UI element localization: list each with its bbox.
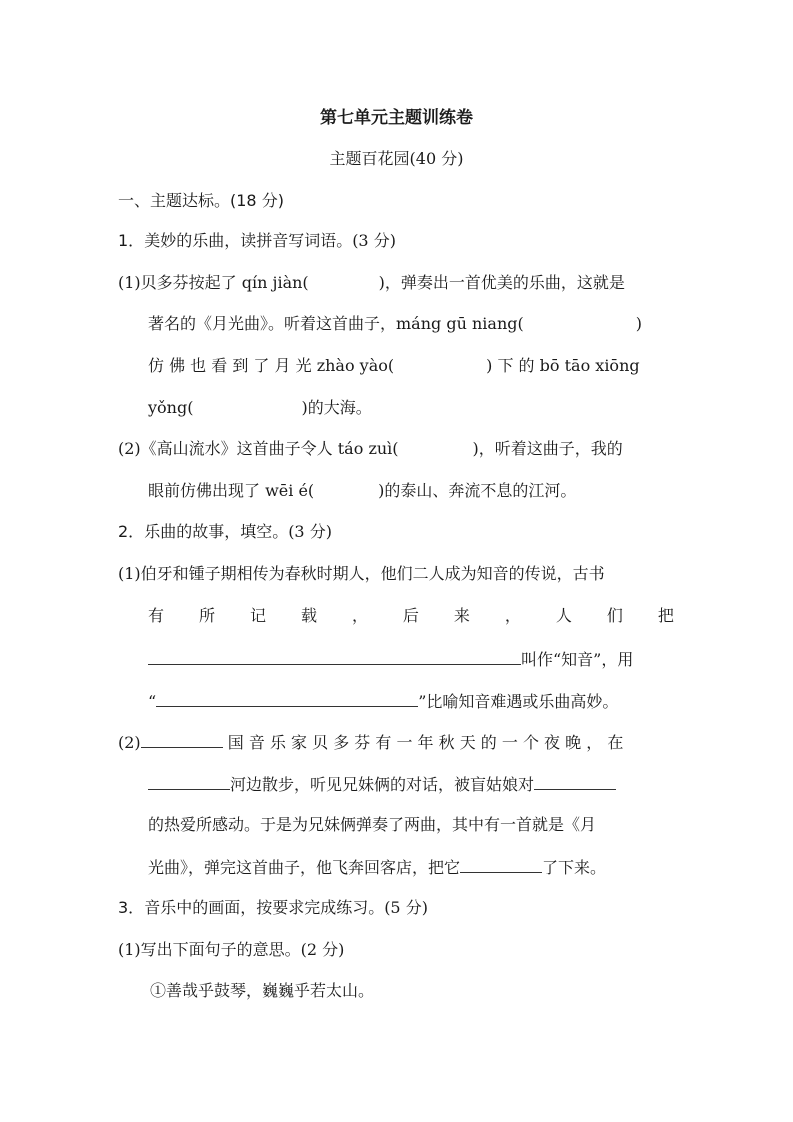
q2-p1-line2: 有 所 记 载 ， 后 来 ， 人 们 把: [148, 606, 674, 626]
answer-blank[interactable]: [460, 856, 542, 873]
q2-p2-line3: 的热爱所感动。于是为兄妹俩弹奏了两曲，其中有一首就是《月: [148, 815, 596, 835]
answer-blank[interactable]: [148, 773, 230, 790]
text: “: [148, 692, 156, 711]
text: 河边散步，听见兄妹俩的对话，被盲姑娘对: [230, 775, 534, 794]
question-3-prompt: 3．音乐中的画面，按要求完成练习。(5 分): [118, 898, 428, 918]
answer-blank[interactable]: [141, 731, 223, 748]
text: ”比喻知音难遇或乐曲高妙。: [418, 692, 618, 711]
question-text: 乐曲的故事，填空。(3 分): [144, 522, 332, 541]
q1-p2-line1: (2)《高山流水》这首曲子令人 táo zuì()，听着这曲子，我的: [118, 439, 623, 459]
word: 所: [199, 606, 215, 626]
word: 有: [148, 606, 164, 626]
word: 把: [658, 606, 674, 626]
word: 后: [403, 606, 419, 626]
text: 仿 佛 也 看 到 了 月 光 zhào yào(: [148, 356, 394, 375]
question-1-prompt: 1．美妙的乐曲，读拼音写词语。(3 分): [118, 231, 396, 251]
question-text: 美妙的乐曲，读拼音写词语。(3 分): [144, 231, 396, 250]
text: )的泰山、奔流不息的江河。: [378, 481, 576, 500]
page-title: 第七单元主题训练卷: [0, 108, 793, 128]
text: 了下来。: [542, 858, 606, 877]
text: (1)贝多芬按起了 qín jiàn(: [118, 273, 309, 292]
q2-p2-line4: 光曲》，弹完这首曲子，他飞奔回客店，把它了下来。: [148, 856, 606, 878]
answer-blank[interactable]: [148, 648, 521, 665]
answer-blank[interactable]: [156, 690, 418, 707]
answer-blank[interactable]: [534, 773, 616, 790]
word: 载: [301, 606, 317, 626]
text: 光曲》，弹完这首曲子，他飞奔回客店，把它: [148, 858, 460, 877]
q3-item1: ①善哉乎鼓琴，巍巍乎若太山。: [150, 981, 374, 1001]
q1-p1-line3: 仿 佛 也 看 到 了 月 光 zhào yào() 下 的 bō tāo xi…: [148, 356, 640, 376]
q3-p1: (1)写出下面句子的意思。(2 分): [118, 940, 344, 960]
question-number: 2．: [118, 522, 144, 541]
question-number: 1．: [118, 231, 144, 250]
q2-p1-line3: 叫作“知音”，用: [148, 648, 633, 670]
word: 来: [454, 606, 470, 626]
q1-p1-line1: (1)贝多芬按起了 qín jiàn()，弹奏出一首优美的乐曲，这就是: [118, 273, 625, 293]
text: ) 下 的 bō tāo xiōng: [486, 356, 639, 375]
text: 著名的《月光曲》。听着这首曲子，máng gū niang(: [148, 314, 524, 333]
q2-p1-line4: “”比喻知音难遇或乐曲高妙。: [148, 690, 618, 712]
question-text: 音乐中的画面，按要求完成练习。(5 分): [144, 898, 428, 917]
word: ，: [352, 606, 368, 626]
q1-p1-line4: yǒng()的大海。: [148, 398, 372, 418]
text: yǒng(: [148, 398, 193, 417]
word: 记: [250, 606, 266, 626]
question-number: 3．: [118, 898, 144, 917]
q1-p2-line2: 眼前仿佛出现了 wēi é()的泰山、奔流不息的江河。: [148, 481, 576, 501]
word: 们: [607, 606, 623, 626]
question-2-prompt: 2．乐曲的故事，填空。(3 分): [118, 522, 332, 542]
section-heading: 一、主题达标。(18 分): [118, 191, 284, 211]
q2-p1-line1: (1)伯牙和锺子期相传为春秋时期人，他们二人成为知音的传说，古书: [118, 564, 605, 584]
text: 叫作“知音”，用: [521, 650, 633, 669]
text: 国 音 乐 家 贝 多 芬 有 一 年 秋 天 的 一 个 夜 晚 ， 在: [228, 733, 624, 752]
page-subtitle: 主题百花园(40 分): [0, 149, 793, 169]
q2-p2-line2: 河边散步，听见兄妹俩的对话，被盲姑娘对: [148, 773, 616, 795]
q2-p2-line1: (2) 国 音 乐 家 贝 多 芬 有 一 年 秋 天 的 一 个 夜 晚 ， …: [118, 731, 623, 753]
text: )的大海。: [301, 398, 371, 417]
word: 人: [556, 606, 572, 626]
text: (2): [118, 733, 141, 752]
text: )，听着这曲子，我的: [473, 439, 623, 458]
text: (2)《高山流水》这首曲子令人 táo zuì(: [118, 439, 399, 458]
q1-p1-line2: 著名的《月光曲》。听着这首曲子，máng gū niang(): [148, 314, 642, 334]
text: ): [636, 314, 642, 333]
text: 眼前仿佛出现了 wēi é(: [148, 481, 314, 500]
text: )，弹奏出一首优美的乐曲，这就是: [379, 273, 625, 292]
word: ，: [505, 606, 521, 626]
